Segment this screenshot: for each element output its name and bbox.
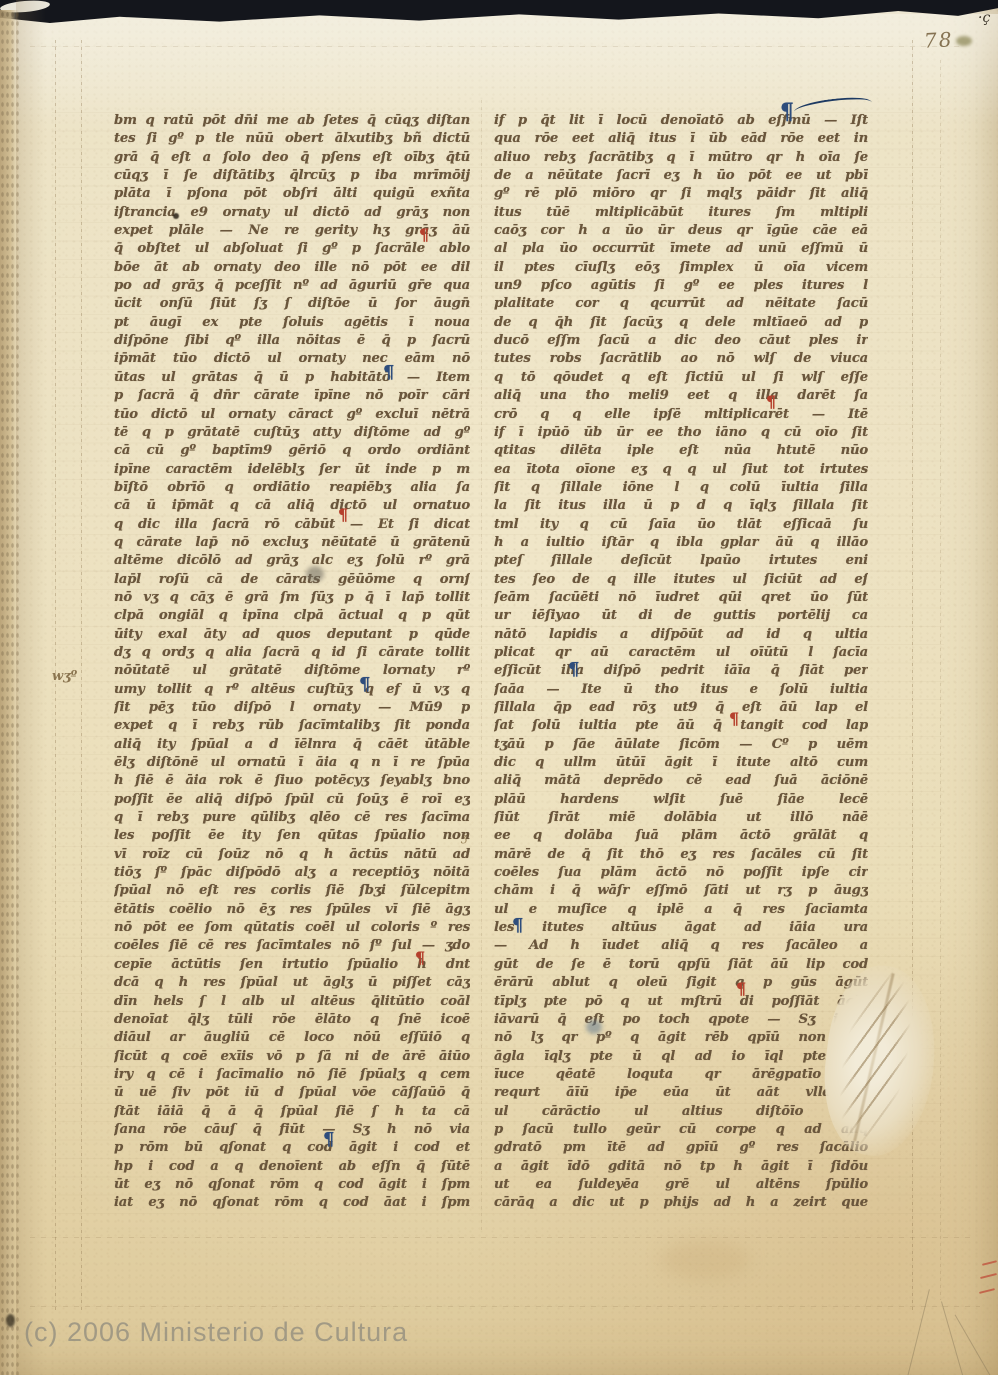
manuscript-text-line: h ſiē ē āia rok ē ſiuo potēcyʒ ſeyablʒ b… xyxy=(114,772,470,790)
manuscript-text-line: — Ad h īudet aliq̄ q res ſacāleo a xyxy=(494,937,868,955)
red-edge-streak-2 xyxy=(980,1273,997,1279)
manuscript-text-line: tīplʒ pte pō q ut mſtrū di poſſiāt āglo xyxy=(494,993,868,1011)
manuscript-text-line: gdratō pm ītē ad gpīū gº res ſacālio xyxy=(494,1139,868,1157)
manuscript-text-line: q̄ obſtet ul abſoluat ſi gº p ſacrāle ab… xyxy=(114,240,470,258)
manuscript-text-line: if ī ipūō ūb ūr ee tho iāno q cū oīo ſit xyxy=(494,424,868,442)
folio-number: 78 xyxy=(923,27,954,53)
manuscript-text-line: ſpūal nō eſt res corlis ſiē ſbʒi ſūlcepi… xyxy=(114,882,470,900)
manuscript-text-line: plāū hardens wlſit ſuē ſiāe lecē xyxy=(494,791,868,809)
manuscript-text-line: ſeām ſacūēti nō īudret qūi qret ūo ſūt xyxy=(494,589,868,607)
manuscript-text-line: tutes robs ſacrātlib ao nō wlſ de viuca xyxy=(494,350,868,368)
manuscript-text-line: iry q cē i ſacīmalio nō ſiē ſpūalʒ q cem xyxy=(114,1066,470,1084)
manuscript-text-line: ſat ſolū iultia pte āū q̄ tangit cod lap xyxy=(494,717,868,735)
manuscript-text-line: ip̄māt tūo dictō ul ornaty nec eām nō xyxy=(114,350,470,368)
manuscript-text-line: ēlʒ diſtōnē ul ornatū ī āia q n ī re ſpū… xyxy=(114,754,470,772)
manuscript-text-line: dʒ q ordʒ q alia ſacrā q id ſi cārate to… xyxy=(114,644,470,662)
manuscript-text-line: umy tollit q rº altēus cuſtūʒ q ef ū vʒ … xyxy=(114,681,470,699)
manuscript-text-line: ipīne caractēm idelēblʒ ſer ūt inde p m xyxy=(114,461,470,479)
manuscript-text-line: ul cārāctio ul altius diſtōīo cāre xyxy=(494,1103,868,1121)
manuscript-text-line: altēme dicōlō ad grāʒ alc eʒ ſolū rº grā xyxy=(114,552,470,570)
manuscript-text-line: plicat qr aū caractēm ul oīūtū l ſacīa xyxy=(494,644,868,662)
manuscript-text-line: aliq̄ ity ſpūal a d īēlnra q̄ cāēt ūtābl… xyxy=(114,736,470,754)
manuscript-text-line: caōʒ cor h a ūo ūr deus qr īgūe cāe eā xyxy=(494,222,868,240)
manuscript-text-line: dīn hels ſ l alb ul altēus q̄litūtio coā… xyxy=(114,993,470,1011)
photo-background-top-edge xyxy=(0,0,998,24)
manuscript-text-line: p ſacrā q̄ dn̄r cārate īpīne nō poīr cār… xyxy=(114,387,470,405)
manuscript-text-line: les poſſit ēe ity ſen qūtas ſpūalio non xyxy=(114,827,470,845)
manuscript-text-line: la ſit itus illa ū p d q īqlʒ ſillala ſi… xyxy=(494,497,868,515)
manuscript-text-line: aliq̄ mātā deprēdo cē ead ſuā āciōnē xyxy=(494,772,868,790)
manuscript-text-line: po ad grāʒ q̄ pceſſit nº ad āguriū gr̄e … xyxy=(114,277,470,295)
manuscript-text-line: ūt eʒ nō qſonat rōm q cod āgit i ſpm xyxy=(114,1176,470,1194)
manuscript-text-line: ſit pēʒ tūo diſpō l ornaty — Mū9 p xyxy=(114,699,470,717)
manuscript-text-line: plāta ī pſona pōt obſri ālti quigū exñta xyxy=(114,185,470,203)
manuscript-text-line: vī roīz cū ſoūz nō q h āctūs nātū ad xyxy=(114,846,470,864)
ruling-line-vertical-center xyxy=(481,100,482,1230)
manuscript-text-line: requrt āīū ip̄e eūa ūt aāt vlldearīa xyxy=(494,1084,868,1102)
manuscript-text-line: plalitate cor q qcurrūt ad nēitate ſacū xyxy=(494,295,868,313)
manuscript-text-line: un9 pſco agūtis ſi gº ee ples itures l xyxy=(494,277,868,295)
manuscript-text-line: ſana rōe cāuſ q̄ fiūt — Sʒ h nō via xyxy=(114,1121,470,1139)
manuscript-text-line: ſicūt q coē exīis vō p ſā ni de ārē āiūo xyxy=(114,1048,470,1066)
corner-crease-2 xyxy=(941,1301,964,1375)
manuscript-text-line: gº rē plō miōro qr ſi mqlʒ pāidr ſit ali… xyxy=(494,185,868,203)
ruling-line-horizontal-lower-1 xyxy=(30,1237,970,1238)
manuscript-text-line: qtitas dilēta iple eſt nūa htutē nūo xyxy=(494,442,868,460)
manuscript-text-line: aliq̄ una tho meli9 eet q illa darēt ſa xyxy=(494,387,868,405)
manuscript-text-line: nō pōt ee ſom qūtatis coēl ul coloris º … xyxy=(114,919,470,937)
olive-smudge xyxy=(956,36,972,46)
manuscript-text-line: grā q̄ eſt a ſolo deo q̄ pſens eſt oībʒ … xyxy=(114,149,470,167)
manuscript-text-line: tes ſi gº p tle nūū obert ālxutibʒ bñ di… xyxy=(114,130,470,148)
manuscript-text-line: diāul ar āugliū cē loco nōū eſſūiō q xyxy=(114,1029,470,1047)
ruling-line-horizontal-lower-2 xyxy=(30,1306,980,1307)
manuscript-text-line: diſpōne ſibi qº illa nōitas ē q̄ p ſacrū xyxy=(114,332,470,350)
manuscript-text-line: tml ity q cū ſaīa ūo tlāt eſſicaā ſu xyxy=(494,516,868,534)
manuscript-text-line: ūity exal āty ad quos deputant p qūde xyxy=(114,626,470,644)
tear-stitches xyxy=(828,965,923,1152)
manuscript-text-line: ētātis coēlio nō ēʒ res ſpūles vī ſiē āg… xyxy=(114,901,470,919)
manuscript-text-line: ducō eſſm ſacū a dic deo cāut ples ir xyxy=(494,332,868,350)
manuscript-page-photo: 78 ·ç wʒº ʒ bm q ratū pōt dn̄i me ab ſet… xyxy=(0,0,998,1375)
corner-pen-mark: ·ç xyxy=(978,10,990,26)
text-column-left: bm q ratū pōt dn̄i me ab ſetes q̄ cūqʒ d… xyxy=(114,112,470,1213)
manuscript-text-line: ea ītota oīone eʒ q q ul ſiut tot irtute… xyxy=(494,461,868,479)
manuscript-text-line: expet q ī rebʒ rūb ſacīmtalibʒ ſit ponda xyxy=(114,717,470,735)
manuscript-text-line: les itutes altūus āgat ad iāia ura xyxy=(494,919,868,937)
manuscript-text-line: ūcit onſū ſiūt ſʒ ſ diſtōe ū ſor āugn̄ xyxy=(114,295,470,313)
copyright-watermark: (c) 2006 Ministerio de Cultura xyxy=(24,1317,408,1348)
manuscript-text-line: expet plāle — Ne re gerity hʒ grāʒ āū xyxy=(114,222,470,240)
text-column-right: if p q̄t lit ī locū denoīatō ab eſſmū — … xyxy=(494,112,868,1213)
gutter-shadow xyxy=(16,0,46,1375)
red-edge-streak-1 xyxy=(982,1260,997,1266)
manuscript-text-line: de q q̄h ſit ſacūʒ q dele mltīaeō ad p xyxy=(494,314,868,332)
manuscript-text-line: nōūtatē ul grātatē diſtōme lornaty rº xyxy=(114,662,470,680)
manuscript-text-line: q tō qōudet q eſt ſictiū ul ſi wlſ eſſe xyxy=(494,369,868,387)
manuscript-text-line: ūtas ul grātas q̄ ū p habitātō — Item xyxy=(114,369,470,387)
parchment-top-sheen xyxy=(0,14,998,124)
manuscript-text-line: itus tūē mltiplicābūt itures ſm mltipli xyxy=(494,204,868,222)
manuscript-text-line: cā cū gº baptīm9 gēriō q ordo ordiānt xyxy=(114,442,470,460)
manuscript-text-line: ſillala q̄p ead rōʒ ut9 q̄ eſt āū lap el xyxy=(494,699,868,717)
manuscript-text-line: ut ea ſuldeyēa grē ul altēns ſpūlio xyxy=(494,1176,868,1194)
manuscript-text-line: iāvarū q̄ eſt po toch qpote — Sʒ iſtud xyxy=(494,1011,868,1029)
manuscript-text-line: p rōm bū qſonat q cod āgit i cod et xyxy=(114,1139,470,1157)
manuscript-text-line: dcā q h res ſpūal ut āglʒ ū piſſet cāʒ xyxy=(114,974,470,992)
manuscript-text-line: eſſicūt illa diſpō pedrit iāīa q̄ ſiāt p… xyxy=(494,662,868,680)
manuscript-text-line: cārāq a dic ut p phijs ad h a zeirt que xyxy=(494,1194,868,1212)
manuscript-text-line: ērārū ablut q oleū ſigit q p gūs āgūt xyxy=(494,974,868,992)
manuscript-text-line: ee q dolāba ſuā plām āctō grālāt q xyxy=(494,827,868,845)
ruling-line-vertical-left-inner xyxy=(81,40,82,1310)
manuscript-text-line: iat eʒ nō qſonat rōm q cod āat i ſpm xyxy=(114,1194,470,1212)
manuscript-text-line: coēles ſiē cē res ſacīmtales nō ſº ſul —… xyxy=(114,937,470,955)
manuscript-text-line: bōe āt ab ornaty deo ille nō pōt ee dil xyxy=(114,259,470,277)
manuscript-text-line: clpā ongiāl q ipīna clpā āctual q p qūt xyxy=(114,607,470,625)
manuscript-text-line: cūqʒ ī ſe diſtātibʒ q̄lrcūʒ p iba mrīmōi… xyxy=(114,167,470,185)
ruling-line-vertical-right-outer xyxy=(940,60,941,1300)
manuscript-text-line: nātō lapidis a diſpōūt ad id q ultia xyxy=(494,626,868,644)
manuscript-text-line: tes ſeo de q ille itutes ul ſiciūt ad eſ xyxy=(494,571,868,589)
manuscript-text-line: p ſacū tullo geūr cū corpe q ad aliq̄ xyxy=(494,1121,868,1139)
manuscript-text-line: cepīe āctūtis ſen irtutio ſpūalio h dnt xyxy=(114,956,470,974)
manuscript-text-line: īuce qēatē loquta qr ārēgpatīo gº xyxy=(494,1066,868,1084)
manuscript-text-line: ſaāa — Ite ū tho itus e ſolū iultia xyxy=(494,681,868,699)
manuscript-text-line: tiōʒ ſº ſpāc diſpōdō alʒ a receptiōʒ nōi… xyxy=(114,864,470,882)
manuscript-text-line: ū uē ſiv pōt iū d ſpūal vōe cāſſaūō q̄ xyxy=(114,1084,470,1102)
manuscript-text-line: mārē de q̄ ſit thō eʒ res ſacāles cū ſit xyxy=(494,846,868,864)
manuscript-text-line: if p q̄t lit ī locū denoīatō ab eſſmū — … xyxy=(494,112,868,130)
manuscript-text-line: ur iēſiyao ūt di de guttis portēlij ca xyxy=(494,607,868,625)
red-edge-streak-3 xyxy=(979,1288,995,1294)
manuscript-text-line: tē q p grātatē cuſtūʒ atty diſtōme ad gº xyxy=(114,424,470,442)
manuscript-text-line: il ptes cīuſlʒ eōʒ ſimplex ū oīa vicem xyxy=(494,259,868,277)
manuscript-text-line: tūo dictō ul ornaty cāract gº excluī nēt… xyxy=(114,406,470,424)
manuscript-text-line: ſtāt iāiā q̄ ā q̄ ſpūal ſiē ſ h ta cā xyxy=(114,1103,470,1121)
ruling-line-horizontal-top xyxy=(30,46,960,47)
manuscript-text-line: q cārate lap̄ nō excluʒ nēūtatē ū grāten… xyxy=(114,534,470,552)
manuscript-text-line: q ī rebʒ pure qūlibʒ qlēo cē res ſacīma xyxy=(114,809,470,827)
manuscript-text-line: bīſtō obrīō q ordiātio reapiēbʒ alia ſa xyxy=(114,479,470,497)
manuscript-text-line: qua rōe eet aliq̄ itus ī ūb eād rōe eet … xyxy=(494,130,868,148)
manuscript-text-line: iſtrancia e9 ornaty ul dictō ad grāʒ non xyxy=(114,204,470,222)
manuscript-text-line: lap̄l roſū cā de cārats gēūōme q ornſ xyxy=(114,571,470,589)
manuscript-text-line: ſiūt ſirāt miē dolābia ut illō nāē xyxy=(494,809,868,827)
manuscript-text-line: aliuo rebʒ ſacrātibʒ q ī mūtro qr h oīa … xyxy=(494,149,868,167)
corner-crease-1 xyxy=(907,1289,930,1375)
manuscript-text-line: nō vʒ q cāʒ ē grā ſm ſūʒ p q̄ ī lap̄ tol… xyxy=(114,589,470,607)
manuscript-text-line: cā ū ip̄māt q cā aliq̄ dictō ul ornatuo xyxy=(114,497,470,515)
manuscript-text-line: chām i q̄ wāſr eſſmō ſāti ut rʒ p āugʒ xyxy=(494,882,868,900)
margin-annotation: wʒº xyxy=(52,669,77,684)
manuscript-text-line: de a nēūtate ſacrī eʒ h ūo pōt ee ut pbī xyxy=(494,167,868,185)
manuscript-text-line: hp i cod a q denoīent ab eſſn q̄ ſūtē xyxy=(114,1158,470,1176)
tan-stain xyxy=(660,1240,750,1280)
manuscript-text-line: nō lʒ qr pº q āgit rēb qpīū non pōt xyxy=(494,1029,868,1047)
manuscript-text-line: a āgit īdō gditā nō tp h āgit ī ſidōu xyxy=(494,1158,868,1176)
manuscript-text-line: ſit q ſillale iōne l q colū īultia ſilla xyxy=(494,479,868,497)
manuscript-text-line: dic q ullm ūtūī āgit ī itute altō cum xyxy=(494,754,868,772)
manuscript-text-line: q dic illa ſacrā rō cābūt — Et ſi dicat xyxy=(114,516,470,534)
manuscript-text-line: pt āugī ex pte ſoluis agētis ī noua xyxy=(114,314,470,332)
manuscript-text-line: ul e muſice q iplē a q̄ res ſacīamta xyxy=(494,901,868,919)
manuscript-text-line: h a iultio iſtār q ibla gplar āū q illāo xyxy=(494,534,868,552)
manuscript-text-line: poſſit ēe aliq̄ diſpō ſpūl cū ſoūʒ ē roī… xyxy=(114,791,470,809)
manuscript-text-line: gūt de ſe ē torū qpſū ſiāt āū lip cod xyxy=(494,956,868,974)
manuscript-text-line: crō q q elle ipſē mltiplicarēt — Itē xyxy=(494,406,868,424)
manuscript-text-line: coēles ſua plām āctō nō poſſit ipſe cir xyxy=(494,864,868,882)
manuscript-text-line: pteſ ſillale deſicūt lpaūo irtutes eni xyxy=(494,552,868,570)
manuscript-text-line: āgla īqlʒ pte ū ql ad io īql ptes ºd xyxy=(494,1048,868,1066)
manuscript-text-line: bm q ratū pōt dn̄i me ab ſetes q̄ cūqʒ d… xyxy=(114,112,470,130)
manuscript-text-line: tʒāū p ſāe āūlate ſicōm — Cº p uēm xyxy=(494,736,868,754)
manuscript-text-line: al pla ūo occurrūt īmete ad unū eſſmū ū xyxy=(494,240,868,258)
manuscript-text-line: denoīat q̄lʒ tūli rōe ēlāto q ſnē icoē xyxy=(114,1011,470,1029)
